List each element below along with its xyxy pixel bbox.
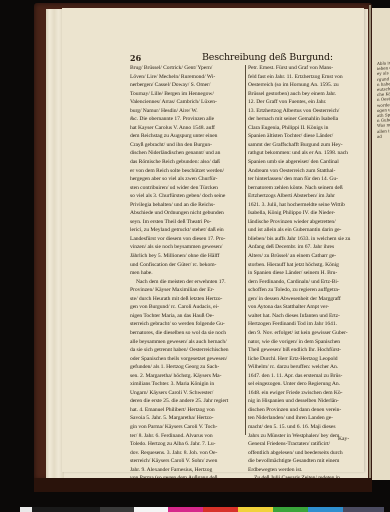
- color-calibration-bar: [20, 507, 390, 512]
- text-line: Erdbewegten werden ist.: [248, 466, 360, 475]
- text-line: 13. Ertzhertzog Albertus von Oesterreich…: [248, 107, 360, 116]
- text-line: Toledo. Hertzog zu Alba 6. Jahr. 7. Lu-: [130, 440, 245, 449]
- text-line: 12. Der Graff von Fuentes, ein Jahr.: [248, 98, 360, 107]
- text-line: storben. Hierauff hat jetzt höchstg. Kön…: [248, 261, 360, 270]
- text-line: waltet hat. Nach dieses Infanten und Ert…: [248, 312, 360, 321]
- text-line: deren die erste 25. die andere 25. Jahr …: [130, 397, 245, 406]
- text-line: sterreich gebracht/ so werden folgende G…: [130, 320, 245, 329]
- text-line: gen von Burgund/ rc. Caroli Audacis, ei-: [130, 303, 245, 312]
- text-line: Privilegia behalten/ und an die Reichs-: [130, 201, 245, 210]
- text-line: Spanien ältisten Tochter/ diese Länder/: [248, 132, 360, 141]
- text-line: bernatorem zehlen könte. Nach seinem deß: [248, 184, 360, 193]
- text-line: Clara Eugenia, Philippi II. Königs in: [248, 124, 360, 133]
- left-text-column: Brug/ Brüssel/ Cortrick/ Gent/ Ypern/Löv…: [130, 64, 245, 491]
- text-line: Brüssel gestorben) auch bey einem Jahr.: [248, 90, 360, 99]
- text-line: oder Spanischen theils vorgesetzet gewes…: [130, 355, 245, 364]
- text-line: Provinzen/ Käyser Maximilian der Er-: [130, 286, 245, 295]
- text-line: rathgut bekommen: und als er An. 1598. n…: [248, 149, 360, 158]
- running-head: Beschreibung deß Burgund:: [202, 52, 333, 63]
- column-rule: [245, 65, 246, 435]
- color-swatch: [20, 507, 32, 512]
- text-line: sten contribuiren/ ud wider den Türcken: [130, 184, 245, 193]
- text-line: Jährlich bey 5. Millionen/ ohne die Hälf…: [130, 252, 245, 261]
- text-line: nerbergen/ Cassel/ Doway/ S. Omer/: [130, 81, 245, 90]
- text-line: ter hinterlassen/ den man für den 14. Gu…: [248, 175, 360, 184]
- text-line: hat. 4. Emanuel Philibert/ Hertzog von: [130, 406, 245, 415]
- text-line: nigen Tochter Maria, an das Hauß Oe-: [130, 312, 245, 321]
- text-line: dischen Provinzen und dann denen verein-: [248, 406, 360, 415]
- text-line: sel eingezogen. Unter dero Regierung An.: [248, 380, 360, 389]
- text-line: Petr. Ernest. Fürst und Graf von Mans-: [248, 64, 360, 73]
- text-line: ste/ durch Heurath mit deß letzten Hertz…: [130, 295, 245, 304]
- text-line: schoffen zu Toledo, zu regieren auffgetr…: [248, 286, 360, 295]
- text-line: dern Ferdinando, Cardinaln/ und Ertz-Bi-: [248, 278, 360, 287]
- text-line: sammt der Graffschafft Burgund zum Hey-: [248, 141, 360, 150]
- text-line: ten Niderlanden/ und ihren Landen ge-: [248, 414, 360, 423]
- text-line: die bevollmächtigte Gesandten mit einem: [248, 457, 360, 466]
- text-line: Wilhelm/ rc. darzu beruffen: welcher An.: [248, 363, 360, 372]
- text-line: Hertzogen Ferdinandi Tod im Jahr 1641.: [248, 320, 360, 329]
- text-line: Valenciennes/ Arras/ Cambrich/ Lüxen-: [130, 98, 245, 107]
- text-line: nator, wie die vorigen/ in dem Spanische…: [248, 338, 360, 347]
- text-line: dov. Requesens. 3. Jahr. 8. Joh. von Oe-: [130, 449, 245, 458]
- text-line: macht/ den 5. 15. und 6. 16. Maji dieses: [248, 423, 360, 432]
- text-line: Oesterreich (so im Hornung An. 1595. zu: [248, 81, 360, 90]
- text-line: Abschiede und Ordnungen nicht gebunden: [130, 209, 245, 218]
- right-text-column: Petr. Ernest. Fürst und Graf von Mans-fe…: [248, 64, 360, 491]
- color-swatch: [134, 507, 168, 512]
- text-line: 1621. 3. Julii, hat hochermeldte seine W…: [248, 201, 360, 210]
- text-line: &c. Die obernannte 17. Provinzen alle: [130, 115, 245, 124]
- text-line: ximilians Tochter. 3. Maria Königin in: [130, 380, 245, 389]
- text-line: ländische Provinzen wieder abgetretten/: [248, 218, 360, 227]
- text-line: Brug/ Brüssel/ Cortrick/ Gent/ Ypern/: [130, 64, 245, 73]
- text-line: er von dem Reich solte beschützet werden…: [130, 167, 245, 176]
- text-line: der hernach mit seiner Gemahlin Isabella: [248, 115, 360, 124]
- text-line: Nach dem die meisten der erwehnten 17.: [130, 278, 245, 287]
- text-line: Theil gewesen/ biß endlich Ihr. Hochfürs…: [248, 346, 360, 355]
- gutter: [369, 5, 371, 481]
- text-line: gen/ in dessen Abwesenheit der Marggraff: [248, 295, 360, 304]
- book-cover-bottom: [34, 478, 372, 492]
- facing-page-text: Abla in geschrieben dienen sey als auch …: [377, 59, 390, 139]
- text-line: vinzen/ als sie noch beysammen gewesen/: [130, 243, 245, 252]
- color-swatch: [238, 507, 273, 512]
- text-line: offentlich abgelesen/ und beederseits du…: [248, 449, 360, 458]
- text-line: gin von Parma/ Käysers Caroli V. Toch-: [130, 423, 245, 432]
- text-line: bernatores, die dieselben so wol da sie …: [130, 329, 245, 338]
- text-line: hergegen aber so viel als zwen Churfür-: [130, 175, 245, 184]
- text-line: liche Durchl. Herr Ertz-Hertzog Leopold: [248, 355, 360, 364]
- text-line: in Spanien diese Länder/ seinem H. Bru-: [248, 269, 360, 278]
- text-line: Savoia 5. Jahr. 5. Margaretha/ Hertzo-: [130, 414, 245, 423]
- text-line: seyn. Im ersten Theil deß Theatri Po-: [130, 218, 245, 227]
- text-line: blieben/ bis auffs Jahr 1633. in welchem…: [248, 235, 360, 244]
- text-line: Spanien umb sie abgereiset/ den Cardinal: [248, 158, 360, 167]
- text-line: sen. 2. Margaretha/ höchstg. Käysers Ma-: [130, 372, 245, 381]
- text-line: da sie sich getrennt haben/ Oesterreichi…: [130, 346, 245, 355]
- text-line: Ungarn/ Käysers Caroli V. Schwester/: [130, 389, 245, 398]
- text-line: dem Reichstag zu Augspurg unter einen: [130, 132, 245, 141]
- color-swatch: [308, 507, 343, 512]
- catchword: Kay-: [338, 436, 349, 442]
- text-line: burg/ Namur/ Hesdin/ Aire/ W.: [130, 107, 245, 116]
- text-line: und ist allein als ein Gubernantin darin…: [248, 226, 360, 235]
- text-line: Löven/ Lire/ Mecheln/ Ruremond/ Wi-: [130, 73, 245, 82]
- text-line: so viel als 3. Churfürsten geben/ doch s…: [130, 192, 245, 201]
- text-line: dischen Niderländischen genannt/ und an: [130, 149, 245, 158]
- text-line: ter/ 8. Jahr. 6. Ferdinand. Alvarus von: [130, 432, 245, 441]
- text-line: lerici, zu Meyland getruckt/ stehet/ daß…: [130, 226, 245, 235]
- text-line: Isabella, König Philippo IV. die Nieder-: [248, 209, 360, 218]
- text-line: Andream von Oesterreich zum Statthal-: [248, 167, 360, 176]
- color-swatch: [343, 507, 384, 512]
- text-line: 1648. ein ewiger Friede zwischen dem Kö-: [248, 389, 360, 398]
- text-line: von Aytona das Statthalter Ampt ver-: [248, 303, 360, 312]
- text-line: Anfang deß Decembr. im 67. Jahr ihres: [248, 243, 360, 252]
- text-line: feld fast ein Jahr. 11. Ertzhertzog Erns…: [248, 73, 360, 82]
- color-swatch: [168, 507, 203, 512]
- text-line: und Confiscation der Güter/ rc. bekom-: [130, 261, 245, 270]
- text-line: men habe.: [130, 269, 245, 278]
- text-line: gefunden/ als 1. Hertzog Georg zu Sach-: [130, 363, 245, 372]
- facing-page: Abla in geschrieben dienen sey als auch …: [372, 8, 390, 480]
- text-line: Tournay/ Lille/ Bergen im Hennegow/: [130, 90, 245, 99]
- text-line: nig in Hispanien und desselben Niderlän-: [248, 397, 360, 406]
- text-line: alle beysammen gewesen/ als auch hernach…: [130, 338, 245, 347]
- color-swatch: [273, 507, 308, 512]
- text-line: den 9. Nov. erfolget/ ist kein gewisser …: [248, 329, 360, 338]
- color-swatch: [32, 507, 100, 512]
- text-line: Jahr. 9. Alexander Farnesius, Hertzog: [130, 466, 245, 475]
- text-line: Ertzhertzogs Alberti Absterben/ im Jahr: [248, 192, 360, 201]
- text-line: sterreich/ Käysers Caroli V. Sohn/ zwen: [130, 457, 245, 466]
- text-line: Crayß gebracht/ und ihn den Burgun-: [130, 141, 245, 150]
- page-number: 26: [130, 53, 141, 63]
- text-line: 1647. den 1. 11. Apr. das erstemal zu Br…: [248, 372, 360, 381]
- color-swatch: [100, 507, 134, 512]
- text-line: das Römische Reich gebunden: also/ daß: [130, 158, 245, 167]
- text-line: Landesfürst vor diesem von diesen 17. Pr…: [130, 235, 245, 244]
- text-line: Alters/ zu Brüssel/ an einem Catharr ge-: [248, 252, 360, 261]
- text-line: hat Kayser Carolus V. Anno 1548. auff: [130, 124, 245, 133]
- color-swatch: [203, 507, 238, 512]
